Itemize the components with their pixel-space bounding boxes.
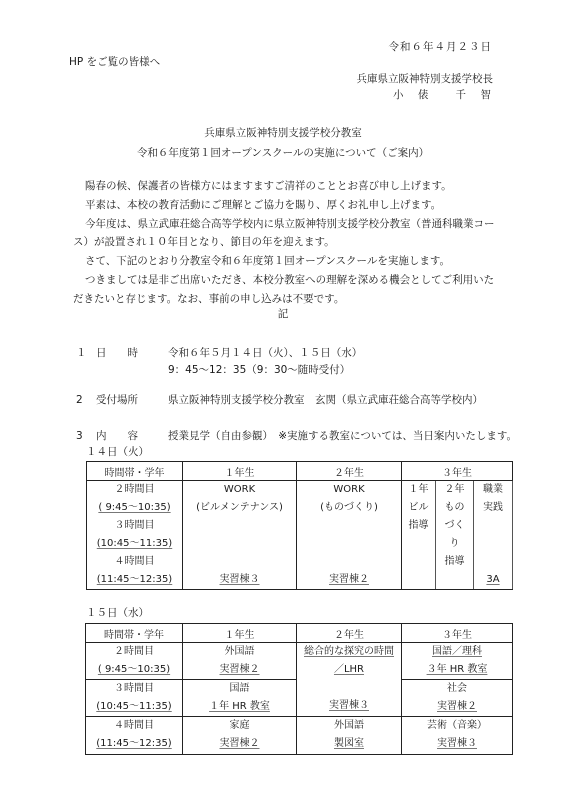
grade1-cell: 国語 １年 HR 教室 <box>183 680 297 717</box>
header-grade2: ２年生 <box>297 462 402 481</box>
text-line: り <box>436 535 473 553</box>
paragraph: つきましては是非ご出席いただき、本校分教室への理解を深める機会としてご利用いただ… <box>73 271 503 309</box>
item-value: 県立阪神特別支援学校分教室 玄関（県立武庫荘総合高等学校内） <box>168 394 483 406</box>
grade3-cell: 芸術（音楽） 実習棟３ <box>402 717 513 755</box>
period-time: (11:45～12:35) <box>87 571 182 589</box>
grade3-cell: 国語／理科 ３年 HR 教室 <box>402 643 513 680</box>
grade2-cell: WORK (ものづくり) 実習棟２ <box>297 481 402 590</box>
period-name: ２時間目 <box>86 643 182 661</box>
period-time: ( 9:45～10:35) <box>87 499 182 517</box>
room: 実習棟３ <box>220 574 260 585</box>
item-content: 3内 容授業見学（自由参観） ※実施する教室については、当日案内いたします。 <box>76 428 517 443</box>
grade1-cell: WORK (ビルメンテナンス) 実習棟３ <box>183 481 297 590</box>
room: ３年 HR 教室 <box>427 664 488 675</box>
subject: 外国語 <box>183 643 296 661</box>
period-time: (10:45～11:35) <box>86 698 182 716</box>
schedule-table-day1: 時間帯・学年 １年生 ２年生 ３年生 ２時間目 ( 9:45～10:35) ３時… <box>86 461 512 588</box>
grade2-cell: 外国語 製図室 <box>297 717 402 755</box>
header-grade3: ３年生 <box>402 462 513 481</box>
grade1-cell: 外国語 実習棟２ <box>183 643 297 680</box>
room: 実習棟３ <box>437 738 477 749</box>
subject: 国語／理科 <box>432 646 482 657</box>
grade3-sub2: ２年 もの づく り 指導 <box>436 481 474 590</box>
header-grade2: ２年生 <box>297 624 402 643</box>
periods-cell: ２時間目 ( 9:45～10:35) ３時間目 (10:45～11:35) ４時… <box>87 481 183 590</box>
item-reception: 2受付場所県立阪神特別支援学校分教室 玄関（県立武庫荘総合高等学校内） <box>76 392 483 407</box>
text-line: ビル <box>402 499 435 517</box>
text-line: １年 <box>402 481 435 499</box>
day1-label: １４日（火） <box>86 444 149 459</box>
subject-detail: (ものづくり) <box>297 499 401 517</box>
period-cell: ４時間目 (11:45～12:35) <box>86 717 183 755</box>
item-value: 授業見学（自由参観） ※実施する教室については、当日案内いたします。 <box>168 430 517 442</box>
text-line: 実践 <box>474 499 512 517</box>
period-name: ３時間目 <box>86 680 182 698</box>
item-number: 2 <box>76 394 96 406</box>
subject: WORK <box>297 481 401 499</box>
title-school: 兵庫県立阪神特別支援学校分教室 <box>0 125 566 140</box>
subject: WORK <box>183 481 296 499</box>
paragraph: 今年度は、県立武庫荘総合高等学校内に県立阪神特別支援学校分教室（普通科職業コース… <box>73 215 503 253</box>
text-line: ２年 <box>436 481 473 499</box>
subject: 芸術（音楽） <box>402 717 512 735</box>
item-label: 日 時 <box>96 345 168 360</box>
sender-title: 兵庫県立阪神特別支援学校長 <box>357 71 494 86</box>
room: 3A <box>486 574 499 585</box>
body-text: 陽春の候、保護者の皆様方にはますますご清祥のこととお喜び申し上げます。 平素は、… <box>73 177 503 309</box>
subject: 外国語 <box>297 717 401 735</box>
sender-name: 小 俵 千 智 <box>393 87 493 102</box>
header-grade3: ３年生 <box>402 624 513 643</box>
text-line: 指導 <box>402 517 435 535</box>
subject: 国語 <box>183 680 296 698</box>
room: 実習棟３ <box>329 700 369 711</box>
subject: ／LHR <box>334 664 364 675</box>
document-date: 令和６年４月２３日 <box>389 39 493 54</box>
paragraph: 平素は、本校の教育活動にご理解とご協力を賜り、厚くお礼申し上げます。 <box>73 196 503 215</box>
ki-heading: 記 <box>0 306 566 321</box>
subject-detail: (ビルメンテナンス) <box>183 499 296 517</box>
day2-label: １５日（水） <box>86 605 149 620</box>
schedule-table-day2: 時間帯・学年 １年生 ２年生 ３年生 ２時間目 ( 9:45～10:35) 外国… <box>85 623 512 753</box>
room: 製図室 <box>334 738 364 749</box>
period-cell: ３時間目 (10:45～11:35) <box>86 680 183 717</box>
period-time: (11:45～12:35) <box>86 735 182 753</box>
period-cell: ２時間目 ( 9:45～10:35) <box>86 643 183 680</box>
header-grade1: １年生 <box>183 624 297 643</box>
item-datetime: １日 時令和６年５月１４日（火）、１５日（水） <box>76 345 362 360</box>
item-number: 3 <box>76 430 96 442</box>
item-datetime-time: 9：45～12：35（9：30～随時受付） <box>168 362 350 377</box>
item-value: 令和６年５月１４日（火）、１５日（水） <box>168 347 362 359</box>
text-line: 指導 <box>436 553 473 571</box>
period-name: ４時間目 <box>86 717 182 735</box>
text-line: づく <box>436 517 473 535</box>
room: 実習棟２ <box>220 738 260 749</box>
item-label: 内 容 <box>96 428 168 443</box>
period-time: ( 9:45～10:35) <box>86 661 182 679</box>
spacer <box>297 679 401 697</box>
header-time: 時間帯・学年 <box>86 624 183 643</box>
period-name: ２時間目 <box>87 481 182 499</box>
room: １年 HR 教室 <box>209 701 270 712</box>
period-name: ４時間目 <box>87 553 182 571</box>
item-label: 受付場所 <box>96 392 168 407</box>
grade2-merged-cell: 総合的な探究の時間 ／LHR 実習棟３ <box>297 643 402 717</box>
period-name: ３時間目 <box>87 517 182 535</box>
grade3-sub3: 職業 実践 3A <box>474 481 513 590</box>
room: 実習棟２ <box>329 574 369 585</box>
addressee: HP をご覧の皆様へ <box>69 54 160 69</box>
grade3-sub1: １年 ビル 指導 <box>402 481 436 590</box>
header-grade1: １年生 <box>183 462 297 481</box>
text-line: もの <box>436 499 473 517</box>
text-line: 職業 <box>474 481 512 499</box>
grade1-cell: 家庭 実習棟２ <box>183 717 297 755</box>
room: 実習棟２ <box>220 664 260 675</box>
paragraph: 陽春の候、保護者の皆様方にはますますご清祥のこととお喜び申し上げます。 <box>73 177 503 196</box>
subject: 社会 <box>402 680 512 698</box>
paragraph: さて、下記のとおり分教室令和６年度第１回オープンスクールを実施します。 <box>73 252 503 271</box>
header-time: 時間帯・学年 <box>87 462 183 481</box>
subject: 総合的な探究の時間 <box>304 646 394 657</box>
period-time: (10:45～11:35) <box>87 535 182 553</box>
room: 実習棟２ <box>437 701 477 712</box>
title-subject: 令和６年度第１回オープンスクールの実施について（ご案内） <box>0 145 566 160</box>
item-number: １ <box>76 345 96 360</box>
subject: 家庭 <box>183 717 296 735</box>
grade3-cell: 社会 実習棟２ <box>402 680 513 717</box>
